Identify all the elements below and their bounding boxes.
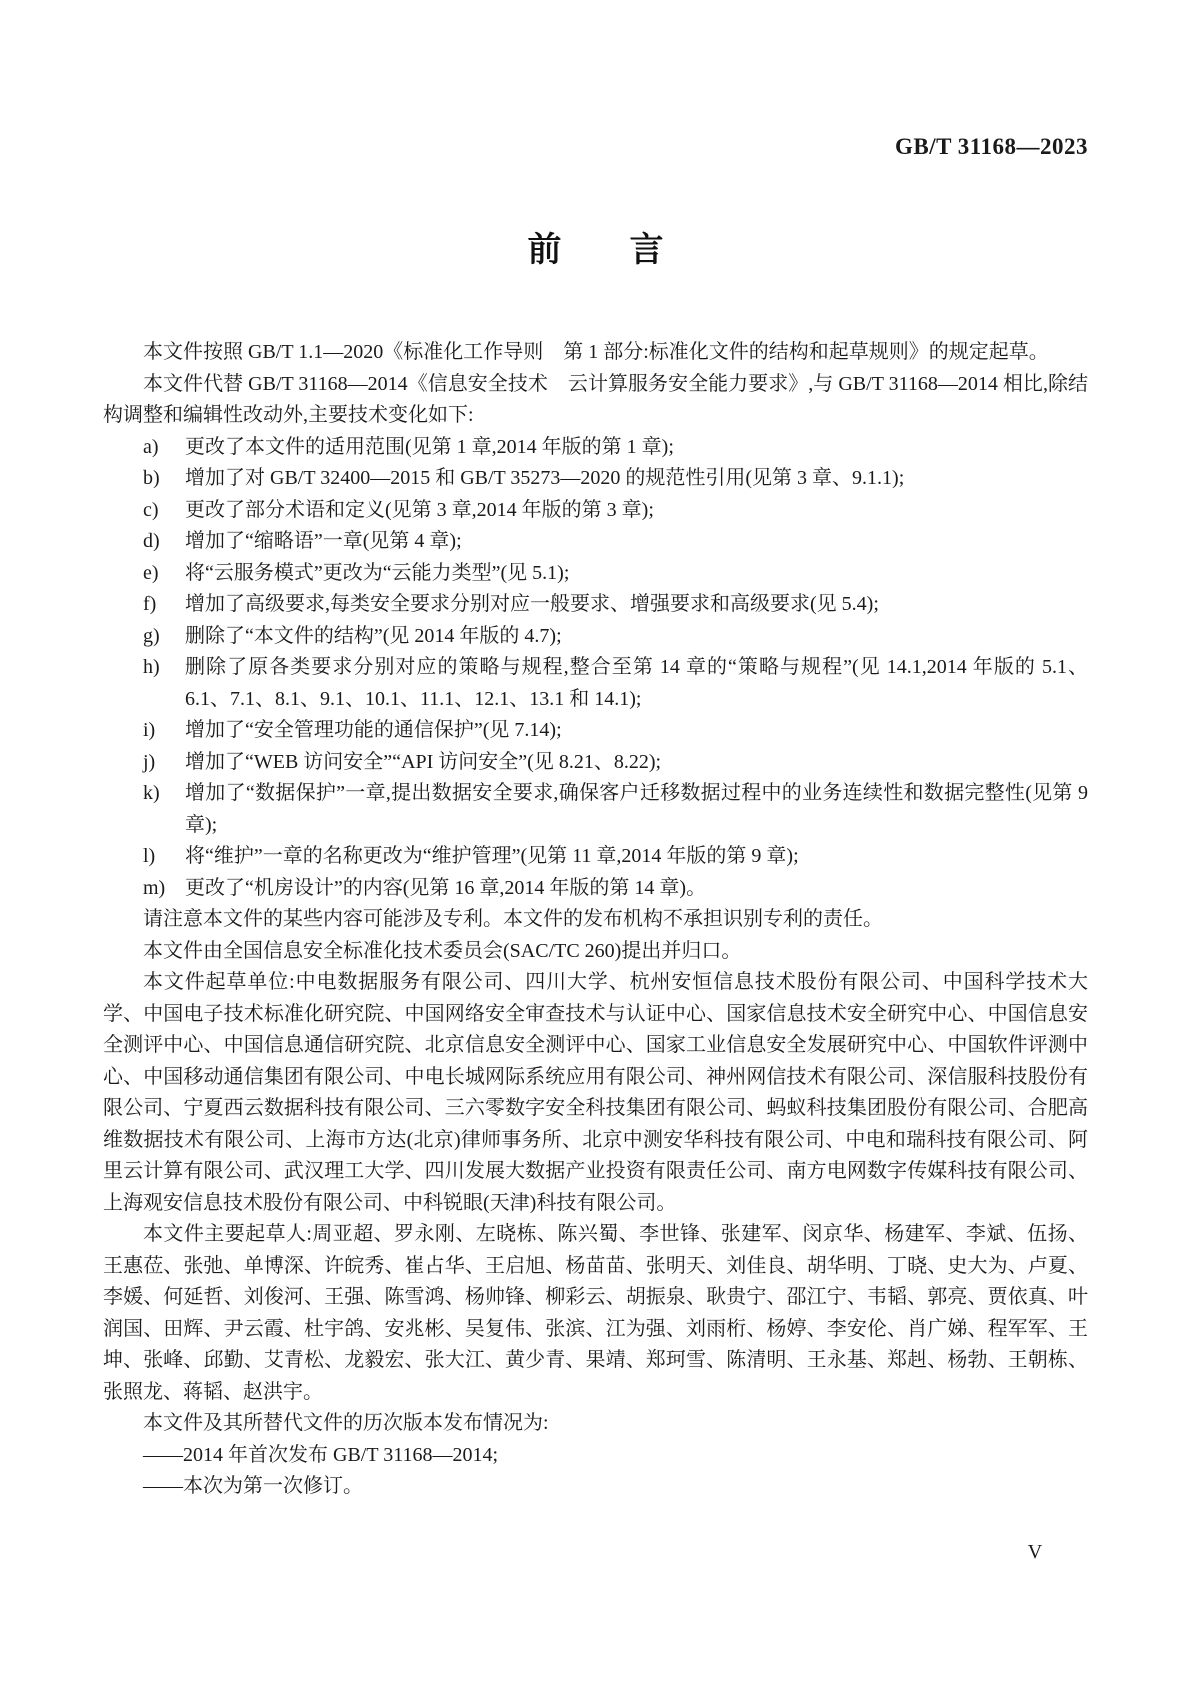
change-item: a)更改了本文件的适用范围(见第 1 章,2014 年版的第 1 章);	[103, 432, 1088, 464]
version-history-item: ——2014 年首次发布 GB/T 31168—2014;	[103, 1440, 1088, 1472]
change-item: c)更改了部分术语和定义(见第 3 章,2014 年版的第 3 章);	[103, 495, 1088, 527]
change-item: d)增加了“缩略语”一章(见第 4 章);	[103, 526, 1088, 558]
change-item-label: g)	[143, 621, 160, 653]
change-item-label: e)	[143, 558, 159, 590]
change-item-label: m)	[143, 873, 165, 905]
change-item-label: d)	[143, 526, 160, 558]
change-item-text: 增加了“缩略语”一章(见第 4 章);	[185, 530, 462, 552]
change-item: g)删除了“本文件的结构”(见 2014 年版的 4.7);	[103, 621, 1088, 653]
page-title: 前 言	[0, 222, 1191, 271]
change-item: i)增加了“安全管理功能的通信保护”(见 7.14);	[103, 715, 1088, 747]
page-number: V	[1005, 1541, 1065, 1564]
change-item: h)删除了原各类要求分别对应的策略与规程,整合至第 14 章的“策略与规程”(见…	[103, 652, 1088, 715]
change-item-label: k)	[143, 778, 160, 810]
drafters-paragraph: 本文件主要起草人:周亚超、罗永刚、左晓栋、陈兴蜀、李世锋、张建军、闵京华、杨建军…	[103, 1219, 1088, 1408]
change-item-label: h)	[143, 652, 160, 684]
change-item-text: 更改了部分术语和定义(见第 3 章,2014 年版的第 3 章);	[185, 499, 654, 521]
change-item-label: b)	[143, 463, 160, 495]
change-item: k)增加了“数据保护”一章,提出数据安全要求,确保客户迁移数据过程中的业务连续性…	[103, 778, 1088, 841]
change-item-label: a)	[143, 432, 159, 464]
document-body: 本文件按照 GB/T 1.1—2020《标准化工作导则 第 1 部分:标准化文件…	[103, 337, 1088, 1503]
change-item-text: 将“维护”一章的名称更改为“维护管理”(见第 11 章,2014 年版的第 9 …	[185, 845, 799, 867]
change-item: f)增加了高级要求,每类安全要求分别对应一般要求、增强要求和高级要求(见 5.4…	[103, 589, 1088, 621]
change-item: b)增加了对 GB/T 32400—2015 和 GB/T 35273—2020…	[103, 463, 1088, 495]
patent-notice-paragraph: 请注意本文件的某些内容可能涉及专利。本文件的发布机构不承担识别专利的责任。	[103, 904, 1088, 936]
change-item-text: 将“云服务模式”更改为“云能力类型”(见 5.1);	[185, 562, 569, 584]
change-item-label: c)	[143, 495, 159, 527]
change-item-text: 增加了对 GB/T 32400—2015 和 GB/T 35273—2020 的…	[185, 467, 904, 489]
change-item-label: l)	[143, 841, 155, 873]
change-item-text: 更改了“机房设计”的内容(见第 16 章,2014 年版的第 14 章)。	[185, 877, 706, 899]
change-item: e)将“云服务模式”更改为“云能力类型”(见 5.1);	[103, 558, 1088, 590]
document-page: GB/T 31168—2023 前 言 本文件按照 GB/T 1.1—2020《…	[0, 0, 1191, 1684]
standard-number: GB/T 31168—2023	[895, 134, 1088, 160]
drafting-organizations-paragraph: 本文件起草单位:中电数据服务有限公司、四川大学、杭州安恒信息技术股份有限公司、中…	[103, 967, 1088, 1219]
change-item-text: 增加了高级要求,每类安全要求分别对应一般要求、增强要求和高级要求(见 5.4);	[185, 593, 879, 615]
change-item-text: 删除了原各类要求分别对应的策略与规程,整合至第 14 章的“策略与规程”(见 1…	[185, 656, 1088, 710]
change-item-text: 增加了“安全管理功能的通信保护”(见 7.14);	[185, 719, 562, 741]
intro-paragraph: 本文件代替 GB/T 31168—2014《信息安全技术 云计算服务安全能力要求…	[103, 369, 1088, 432]
change-item-label: j)	[143, 747, 155, 779]
change-item: j)增加了“WEB 访问安全”“API 访问安全”(见 8.21、8.22);	[103, 747, 1088, 779]
change-item-label: i)	[143, 715, 155, 747]
version-history-item: ——本次为第一次修订。	[103, 1471, 1088, 1503]
intro-paragraph: 本文件按照 GB/T 1.1—2020《标准化工作导则 第 1 部分:标准化文件…	[103, 337, 1088, 369]
change-item: l)将“维护”一章的名称更改为“维护管理”(见第 11 章,2014 年版的第 …	[103, 841, 1088, 873]
change-item-text: 增加了“WEB 访问安全”“API 访问安全”(见 8.21、8.22);	[185, 751, 661, 773]
committee-paragraph: 本文件由全国信息安全标准化技术委员会(SAC/TC 260)提出并归口。	[103, 936, 1088, 968]
change-item-text: 增加了“数据保护”一章,提出数据安全要求,确保客户迁移数据过程中的业务连续性和数…	[185, 782, 1088, 836]
change-item-label: f)	[143, 589, 156, 621]
change-item-text: 更改了本文件的适用范围(见第 1 章,2014 年版的第 1 章);	[185, 436, 674, 458]
change-item: m)更改了“机房设计”的内容(见第 16 章,2014 年版的第 14 章)。	[103, 873, 1088, 905]
change-item-text: 删除了“本文件的结构”(见 2014 年版的 4.7);	[185, 625, 562, 647]
version-history-intro: 本文件及其所替代文件的历次版本发布情况为:	[103, 1408, 1088, 1440]
